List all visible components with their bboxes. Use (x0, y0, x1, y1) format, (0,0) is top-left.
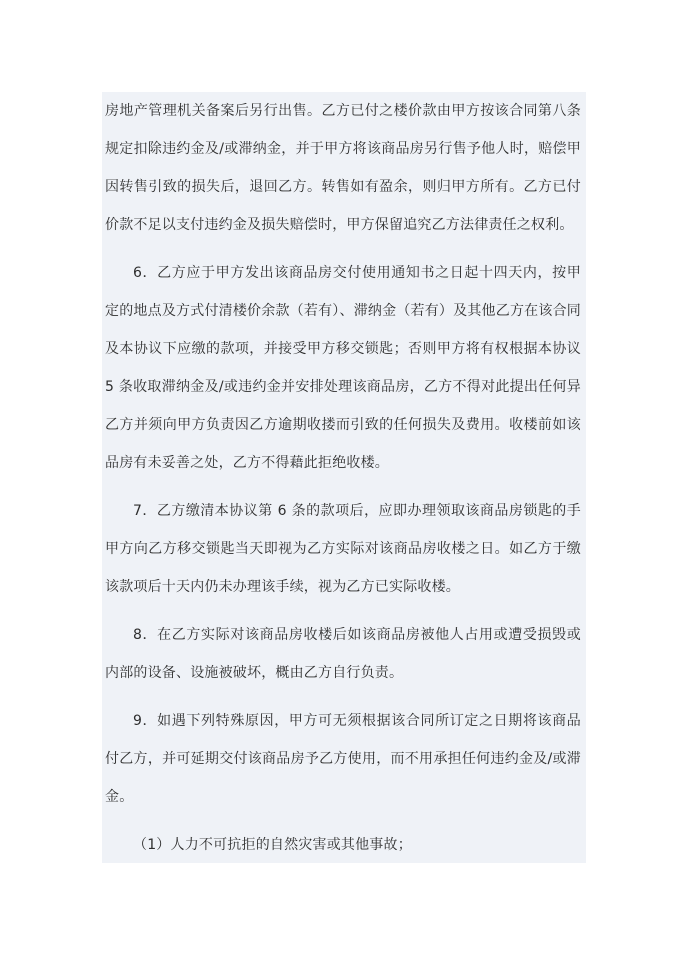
text-line: 房地产管理机关备案后另行出售。乙方已付之楼价款由甲方按该合同第八条之 (105, 92, 581, 130)
text-line: （1）人力不可抗拒的自然灾害或其他事故； (105, 826, 581, 864)
paragraph-clause-8: 8．在乙方实际对该商品房收楼后如该商品房被他人占用或遭受损毁或物业 内部的设备、… (105, 616, 581, 692)
text-line: 品房有未妥善之处，乙方不得藉此拒绝收楼。 (105, 444, 581, 482)
paragraph-clause-5-continuation: 房地产管理机关备案后另行出售。乙方已付之楼价款由甲方按该合同第八条之 规定扣除违… (105, 92, 581, 244)
text-line: 乙方并须向甲方负责因乙方逾期收搂而引致的任何损失及费用。收楼前如该商 (105, 406, 581, 444)
text-line: 及本协议下应缴的款项，并接受甲方移交锁匙；否则甲方将有权根据本协议第 (105, 330, 581, 368)
text-line: 该款项后十天内仍未办理该手续，视为乙方已实际收楼。 (105, 568, 581, 606)
paragraph-clause-7: 7．乙方缴清本协议第 6 条的款项后，应即办理领取该商品房锁匙的手续， 甲方向乙… (105, 492, 581, 606)
text-line: 9．如遇下列特殊原因，甲方可无须根据该合同所订定之日期将该商品房交 (105, 702, 581, 740)
paragraph-clause-6: 6．乙方应于甲方发出该商品房交付使用通知书之日起十四天内，按甲方指 定的地点及方… (105, 254, 581, 482)
document-page: 房地产管理机关备案后另行出售。乙方已付之楼价款由甲方按该合同第八条之 规定扣除违… (102, 92, 586, 863)
text-line: 8．在乙方实际对该商品房收楼后如该商品房被他人占用或遭受损毁或物业 (105, 616, 581, 654)
text-line: 定的地点及方式付清楼价余款（若有）、滞纳金（若有）及其他乙方在该合同 (105, 292, 581, 330)
text-line: 价款不足以支付违约金及损失赔偿时，甲方保留追究乙方法律责任之权利。 (105, 206, 581, 244)
paragraph-clause-9: 9．如遇下列特殊原因，甲方可无须根据该合同所订定之日期将该商品房交 付乙方，并可… (105, 702, 581, 816)
text-line: 7．乙方缴清本协议第 6 条的款项后，应即办理领取该商品房锁匙的手续， (105, 492, 581, 530)
text-line: 5 条收取滞纳金及/或违约金并安排处理该商品房，乙方不得对此提出任何异议。 (105, 368, 581, 406)
text-line: 规定扣除违约金及/或滞纳金，并于甲方将该商品房另行售予他人时，赔偿甲方 (105, 130, 581, 168)
text-line: 金。 (105, 778, 581, 816)
text-line: 甲方向乙方移交锁匙当天即视为乙方实际对该商品房收楼之日。如乙方于缴清 (105, 530, 581, 568)
text-line: 内部的设备、设施被破坏，概由乙方自行负责。 (105, 654, 581, 692)
text-line: 6．乙方应于甲方发出该商品房交付使用通知书之日起十四天内，按甲方指 (105, 254, 581, 292)
text-line: 付乙方，并可延期交付该商品房予乙方使用，而不用承担任何违约金及/或滞纳 (105, 740, 581, 778)
text-line: 因转售引致的损失后，退回乙方。转售如有盈余，则归甲方所有。乙方已付楼 (105, 168, 581, 206)
paragraph-clause-9-item-1: （1）人力不可抗拒的自然灾害或其他事故； (105, 826, 581, 864)
